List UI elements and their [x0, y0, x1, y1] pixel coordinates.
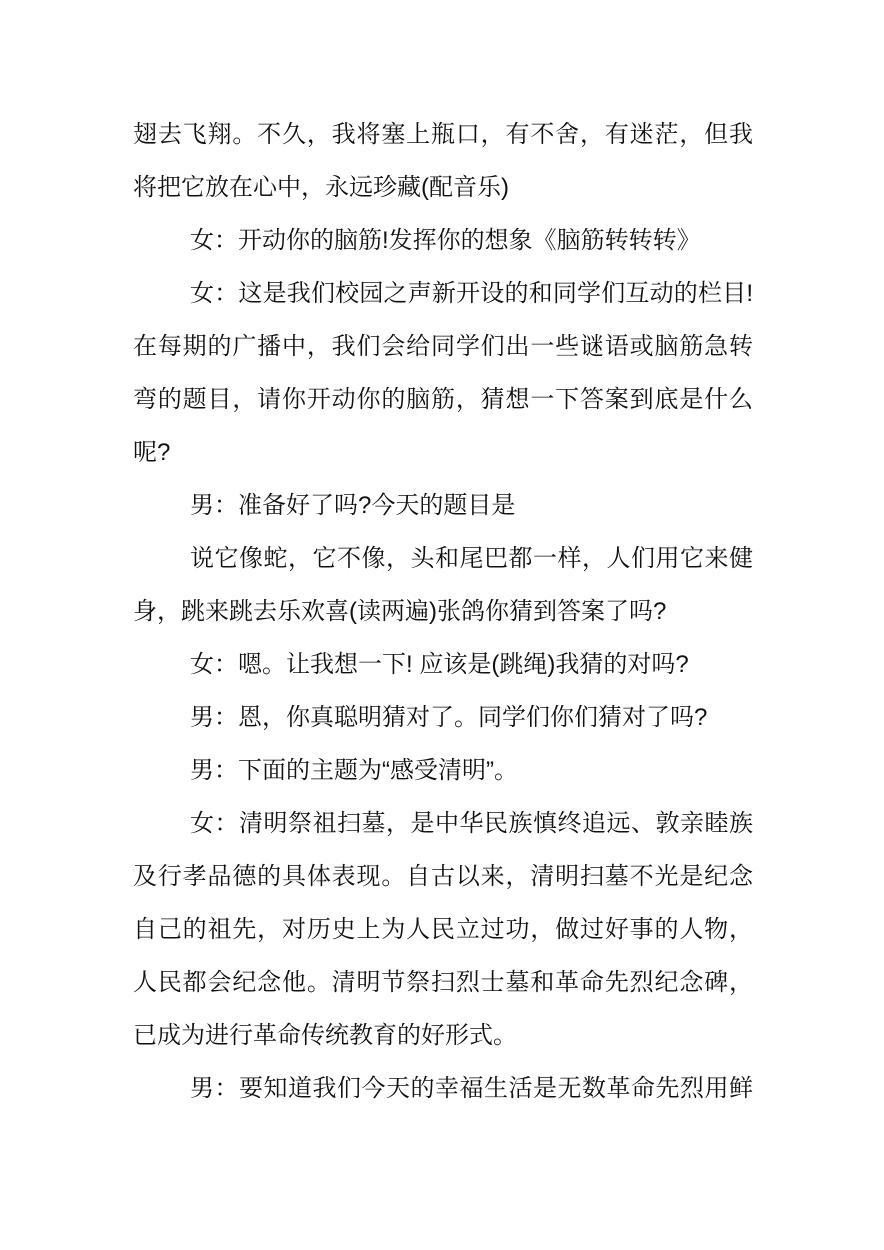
- text-line: 女：清明祭祖扫墓，是中华民族慎终追远、敦亲睦族: [133, 797, 753, 850]
- text-line: 及行孝品德的具体表现。自古以来，清明扫墓不光是纪念: [133, 850, 753, 903]
- paragraph-dialogue-male: 男：恩，你真聪明猜对了。同学们你们猜对了吗?: [133, 691, 753, 744]
- text-line: 男：恩，你真聪明猜对了。同学们你们猜对了吗?: [133, 691, 753, 744]
- paragraph-dialogue-male: 男：要知道我们今天的幸福生活是无数革命先烈用鲜: [133, 1062, 753, 1115]
- text-line: 身，跳来跳去乐欢喜(读两遍)张鸽你猜到答案了吗?: [133, 585, 753, 638]
- document-page: 翅去飞翔。不久，我将塞上瓶口，有不舍，有迷茫，但我 将把它放在心中，永远珍藏(配…: [0, 0, 884, 1250]
- text-line: 男：要知道我们今天的幸福生活是无数革命先烈用鲜: [133, 1062, 753, 1115]
- paragraph-dialogue-female: 女：清明祭祖扫墓，是中华民族慎终追远、敦亲睦族 及行孝品德的具体表现。自古以来，…: [133, 797, 753, 1062]
- paragraph-narration-continuation: 翅去飞翔。不久，我将塞上瓶口，有不舍，有迷茫，但我 将把它放在心中，永远珍藏(配…: [133, 108, 753, 214]
- text-line: 弯的题目，请你开动你的脑筋，猜想一下答案到底是什么: [133, 373, 753, 426]
- paragraph-riddle: 说它像蛇，它不像，头和尾巴都一样，人们用它来健 身，跳来跳去乐欢喜(读两遍)张鸽…: [133, 532, 753, 638]
- text-line: 自己的祖先，对历史上为人民立过功，做过好事的人物，: [133, 903, 753, 956]
- text-line: 男：准备好了吗?今天的题目是: [133, 479, 753, 532]
- text-line: 男：下面的主题为“感受清明”。: [133, 744, 753, 797]
- text-line: 翅去飞翔。不久，我将塞上瓶口，有不舍，有迷茫，但我: [133, 108, 753, 161]
- paragraph-dialogue-female: 女：开动你的脑筋!发挥你的想象《脑筋转转转》: [133, 214, 753, 267]
- text-line: 将把它放在心中，永远珍藏(配音乐): [133, 161, 753, 214]
- paragraph-dialogue-female: 女：这是我们校园之声新开设的和同学们互动的栏目! 在每期的广播中，我们会给同学们…: [133, 267, 753, 479]
- text-line: 说它像蛇，它不像，头和尾巴都一样，人们用它来健: [133, 532, 753, 585]
- text-line: 人民都会纪念他。清明节祭扫烈士墓和革命先烈纪念碑，: [133, 956, 753, 1009]
- paragraph-dialogue-female: 女：嗯。让我想一下! 应该是(跳绳)我猜的对吗?: [133, 638, 753, 691]
- broadcast-script-text: 翅去飞翔。不久，我将塞上瓶口，有不舍，有迷茫，但我 将把它放在心中，永远珍藏(配…: [133, 108, 753, 1115]
- paragraph-dialogue-male: 男：准备好了吗?今天的题目是: [133, 479, 753, 532]
- text-line: 女：嗯。让我想一下! 应该是(跳绳)我猜的对吗?: [133, 638, 753, 691]
- text-line: 在每期的广播中，我们会给同学们出一些谜语或脑筋急转: [133, 320, 753, 373]
- text-line: 已成为进行革命传统教育的好形式。: [133, 1009, 753, 1062]
- text-line: 女：这是我们校园之声新开设的和同学们互动的栏目!: [133, 267, 753, 320]
- text-line: 女：开动你的脑筋!发挥你的想象《脑筋转转转》: [133, 214, 753, 267]
- paragraph-dialogue-male: 男：下面的主题为“感受清明”。: [133, 744, 753, 797]
- text-line: 呢?: [133, 426, 753, 479]
